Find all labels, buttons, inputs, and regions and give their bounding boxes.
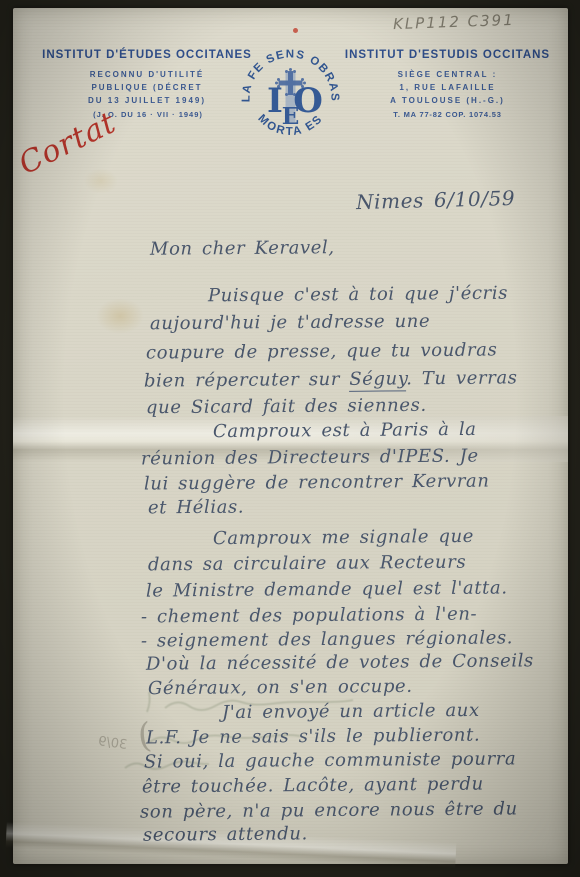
letterhead-left-line: RECONNU D'UTILITÉ [52, 70, 242, 79]
letter-line: aujourd'hui je t'adresse une [150, 311, 430, 334]
letter-line-part: bien répercuter sur [144, 369, 350, 392]
letterhead-title-french: INSTITUT D'ÉTUDES OCCITANES [42, 49, 252, 61]
letterhead-right-line: 1, RUE LAFAILLE [350, 83, 545, 92]
letterhead-left-line: PUBLIQUE (DÉCRET [52, 83, 242, 92]
letter-line: que Sicard fait des siennes. [146, 395, 427, 418]
ieo-logo: I O E · LA FE SENS OBRAS · MORTA ES [238, 46, 343, 151]
letterhead-title-occitan: INSTITUT D'ESTUDIS OCCITANS [340, 49, 555, 61]
letter-line: et Hélias. [148, 497, 244, 519]
red-ink-dot [293, 28, 298, 33]
letterhead-right-line: A TOULOUSE (H.-G.) [350, 96, 545, 105]
letter-line: Puisque c'est à toi que j'écris [208, 283, 508, 307]
letter-line: D'où la nécessité de votes de Conseils [146, 650, 534, 674]
letter-line-part: . Tu verras [406, 367, 518, 389]
letter-line: le Ministre demande quel est l'atta. [146, 577, 508, 601]
letter-line: lui suggère de rencontrer Kervran [144, 470, 490, 494]
logo-letter-i: I [267, 81, 283, 121]
photo-of-letter: KLP112 C391 INSTITUT D'ÉTUDES OCCITANES … [0, 0, 580, 877]
svg-text:I: I [267, 81, 283, 121]
letter-line: Si oui, la gauche communiste pourra [144, 748, 516, 772]
letter-salutation: Mon cher Keravel, [150, 237, 335, 260]
letterhead-right-line: SIÈGE CENTRAL : [350, 70, 545, 79]
letter-line: J'ai envoyé un article aux [222, 700, 480, 723]
letter-line: bien répercuter sur Séguy. Tu verras [144, 367, 518, 391]
letter-place-date: Nimes 6/10/59 [356, 186, 516, 214]
letter-line: Généraux, on s'en occupe. [148, 676, 413, 699]
letter-line: L.F. Je ne sais s'ils le publieront. [146, 725, 480, 749]
letter-line: dans sa circulaire aux Recteurs [148, 552, 466, 576]
letter-line: Camproux est à Paris à la [213, 419, 477, 442]
letterhead-right-line: T. MA 77-82 COP. 1074.53 [350, 110, 545, 119]
letterhead-left-line: DU 13 JUILLET 1949) [52, 96, 242, 105]
letter-line: - seignement des langues régionales. [141, 627, 513, 651]
letter-line: son père, n'a pu encore nous être du [140, 798, 518, 822]
letter-line: Camproux me signale que [213, 526, 474, 549]
letter-line: secours attendu. [143, 823, 308, 845]
letter-line: réunion des Directeurs d'IPES. Je [141, 446, 479, 470]
underlined-name: Séguy [349, 368, 406, 391]
letter-line: être touchée. Lacôte, ayant perdu [142, 774, 484, 798]
letter-line: - chement des populations à l'en- [141, 604, 477, 628]
letter-line: coupure de presse, que tu voudras [146, 339, 498, 363]
